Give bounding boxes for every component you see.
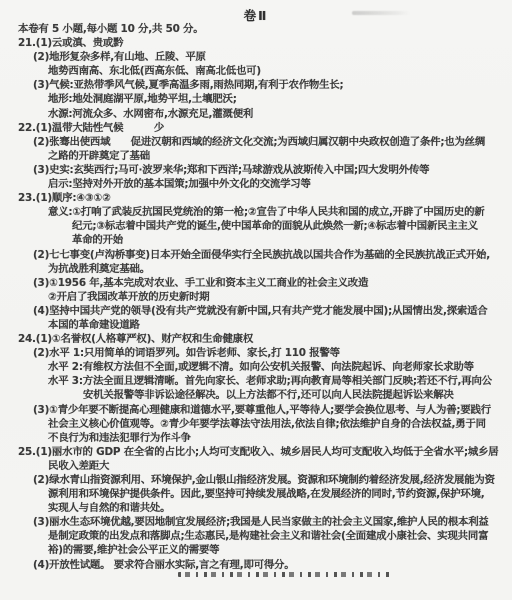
answer-line: 24.(1)①名誉权(人格尊严权)、财产权和生命健康权: [18, 332, 510, 346]
answer-line: 裕)的需要,维护社会公平正义的需要等: [18, 543, 510, 557]
answer-line: 革命的开始: [18, 233, 510, 247]
answer-line: 23.(1)顺序:④③①②: [18, 191, 510, 205]
answer-line: (2)地形复杂多样,有山地、丘陵、平原: [18, 50, 510, 64]
answer-line: 水平 3:方法全面且逻辑清晰。首先向家长、老师求助;再向教育局等相关部门反映;若…: [18, 374, 510, 388]
answer-line: ②开启了我国改革开放的历史新时期: [18, 290, 510, 304]
answer-line: (3)丽水生态环境优越,要因地制宜发展经济;我国是人民当家做主的社会主义国家,维…: [18, 515, 510, 529]
answer-line: (2)张骞出使西域 促进汉朝和西域的经济文化交流;为西域归属汉朝中央政权创造了条…: [18, 135, 510, 149]
answer-line: 22.(1)温带大陆性气候 少: [18, 121, 510, 135]
answer-line: 社会主义核心价值观等。②青少年要学法尊法守法用法,依法自律;依法维护自身的合法权…: [18, 417, 510, 431]
answer-line: (3)气候:亚热带季风气候,夏季高温多雨,雨热同期,有利于农作物生长;: [18, 78, 510, 92]
answer-line: 之路的开辟奠定了基础: [18, 149, 510, 163]
answer-lines: 21.(1)云或滇、贵或黔(2)地形复杂多样,有山地、丘陵、平原地势西南高、东北…: [18, 36, 510, 572]
answer-line: 安机关报警等非诉讼途径解决。以上方法都不行,还可以向人民法院提起诉讼来解决: [18, 388, 510, 402]
answer-line: (3)史实:玄奘西行;马可·波罗来华;郑和下西洋;马球游戏从波斯传入中国;四大发…: [18, 163, 510, 177]
answer-line: 实现人与自然的和谐共处。: [18, 501, 510, 515]
answer-line: 水源:河流众多、水网密布,水源充足,灌溉便利: [18, 107, 510, 121]
scan-artifact: [352, 11, 410, 15]
answer-line: 不良行为和违法犯罪行为作斗争: [18, 431, 510, 445]
answer-line: 是制定政策的出发点和落脚点;生态惠民,是构建社会主义和谐社会(全面建成小康社会、…: [18, 529, 510, 543]
answer-line: 民收入差距大: [18, 459, 510, 473]
header-note: 本卷有 5 小题,每小题 10 分,共 50 分。: [18, 22, 510, 36]
answer-line: 纪元;③标志着中国共产党的诞生,使中国革命的面貌从此焕然一新;④标志着中国新民主…: [18, 219, 510, 233]
answer-line: 水平 2:有维权方法但不全面,或逻辑不清。如向公安机关报警、向法院起诉、向老师家…: [18, 360, 510, 374]
cropped-text-artifact: [178, 572, 392, 577]
answer-line: (4)坚持中国共产党的领导(没有共产党就没有新中国,只有共产党才能发展中国);从…: [18, 304, 510, 318]
answer-line: 25.(1)丽水市的 GDP 在全省的占比小;人均可支配收入、城乡居民人均可支配…: [18, 445, 510, 459]
answer-line: 地势西南高、东北低(西高东低、南高北低也可): [18, 64, 510, 78]
answer-line: 源利用和环境保护提供条件。因此,要坚持可持续发展战略,在发展经济的同时,节约资源…: [18, 487, 510, 501]
answer-line: 本国的革命建设道路: [18, 318, 510, 332]
answer-line: (2)绿水青山指资源利用、环境保护,金山银山指经济发展。资源和环境制约着经济发展…: [18, 473, 510, 487]
answer-line: (3)①青少年要不断提高心理健康和道德水平,要尊重他人,平等待人;要学会换位思考…: [18, 403, 510, 417]
answer-line: (2)水平 1:只用简单的词语罗列。如告诉老师、家长,打 110 报警等: [18, 346, 510, 360]
scanned-answer-sheet: 卷Ⅱ 本卷有 5 小题,每小题 10 分,共 50 分。 21.(1)云或滇、贵…: [0, 0, 512, 600]
answer-line: 地形:地处洞庭湖平原,地势平坦,土壤肥沃;: [18, 92, 510, 106]
answer-line: (2)七七事变(卢沟桥事变)日本开始全面侵华实行全民族抗战以国共合作为基础的全民…: [18, 248, 510, 262]
answer-line: 意义:①打响了武装反抗国民党统治的第一枪;②宣告了中华人民共和国的成立,开辟了中…: [18, 205, 510, 219]
answer-body: 本卷有 5 小题,每小题 10 分,共 50 分。 21.(1)云或滇、贵或黔(…: [18, 22, 510, 572]
answer-line: 启示:坚持对外开放的基本国策;加强中外文化的交流学习等: [18, 177, 510, 191]
answer-line: (4)开放性试题。 要求符合丽水实际,言之有理,即可得分。: [18, 558, 510, 572]
answer-line: 21.(1)云或滇、贵或黔: [18, 36, 510, 50]
answer-line: 为抗战胜利奠定基础。: [18, 262, 510, 276]
answer-line: (3)①1956 年,基本完成对农业、手工业和资本主义工商业的社会主义改造: [18, 276, 510, 290]
